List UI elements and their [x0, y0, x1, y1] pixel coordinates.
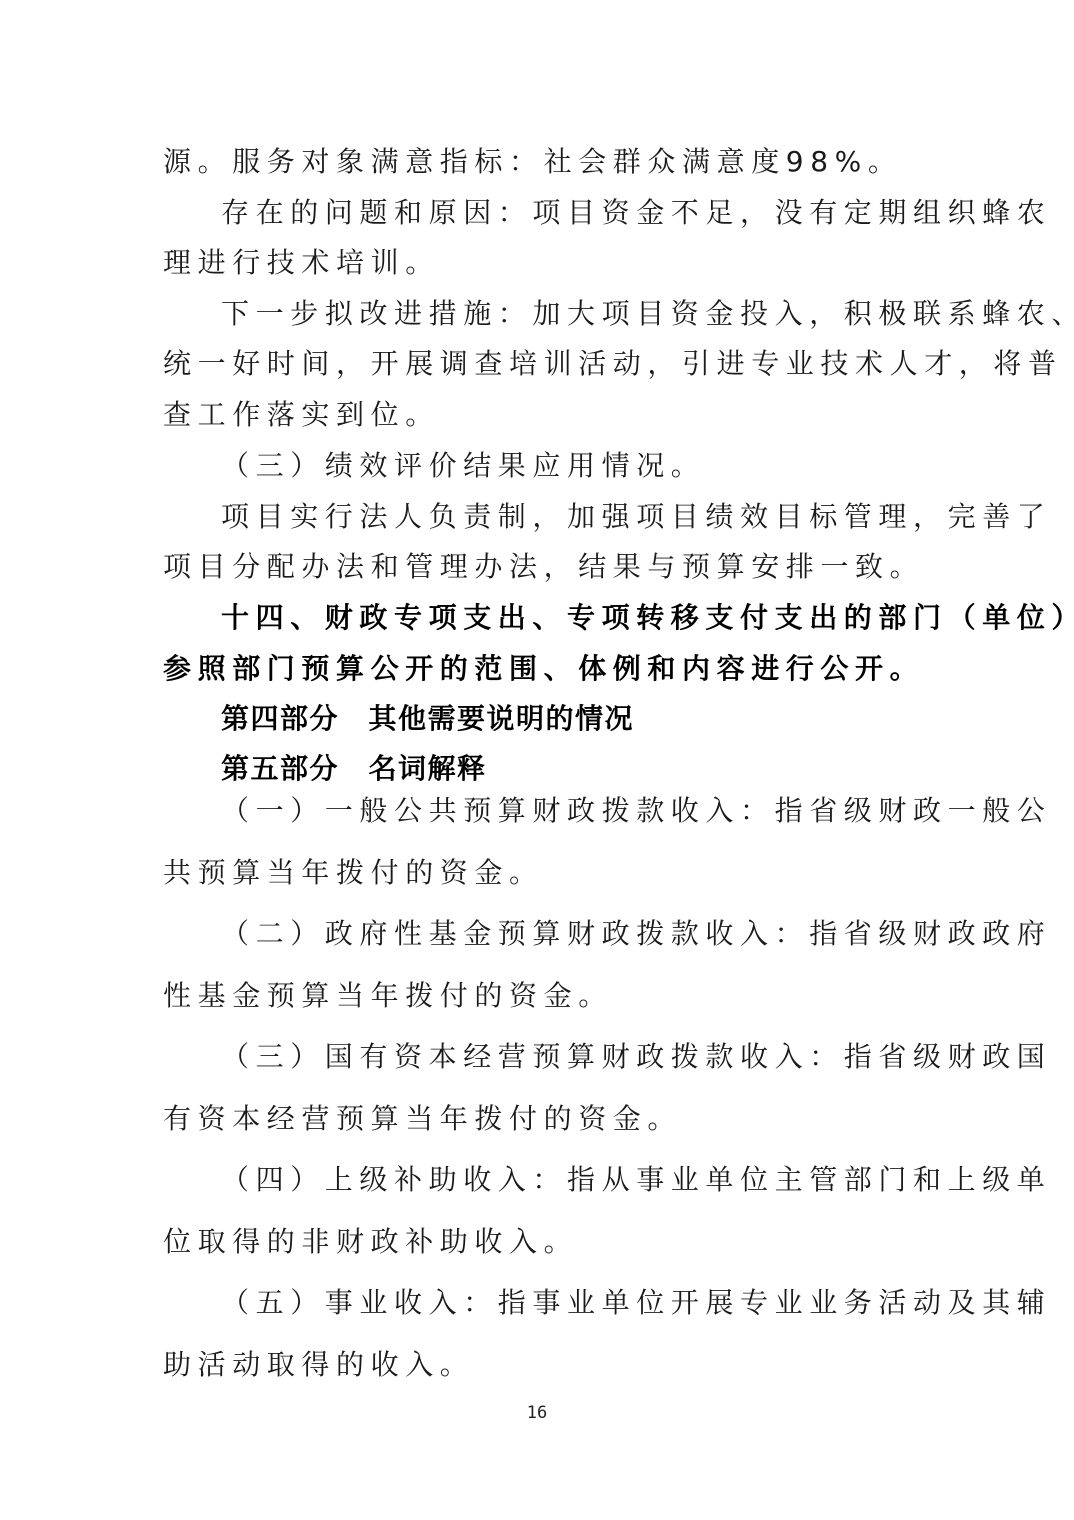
- section-heading-fourteen: 十四、财政专项支出、专项转移支付支出的部门（单位）: [221, 598, 981, 638]
- paragraph-line-improvement-measures-cont: 统一好时间，开展调查培训活动，引进专业技术人才，将普: [163, 344, 923, 384]
- paragraph-line-problems-causes: 存在的问题和原因：项目资金不足，没有定期组织蜂农: [221, 193, 981, 233]
- definition-general-budget-cont: 共预算当年拨付的资金。: [163, 853, 923, 893]
- paragraph-line-improvement-measures-end: 查工作落实到位。: [163, 395, 923, 435]
- part-five-heading: 第五部分 名词解释: [221, 749, 981, 789]
- section-heading-fourteen-cont: 参照部门预算公开的范围、体例和内容进行公开。: [163, 649, 923, 689]
- paragraph-line-satisfaction-indicator: 源。服务对象满意指标：社会群众满意度98%。: [163, 142, 923, 182]
- definition-business-income-cont: 助活动取得的收入。: [163, 1345, 923, 1385]
- paragraph-line-legal-responsibility-cont: 项目分配办法和管理办法，结果与预算安排一致。: [163, 547, 923, 587]
- part-four-heading: 第四部分 其他需要说明的情况: [221, 699, 981, 739]
- definition-government-fund-cont: 性基金预算当年拨付的资金。: [163, 976, 923, 1016]
- page-number: 16: [0, 1403, 1074, 1423]
- paragraph-line-legal-responsibility: 项目实行法人负责制，加强项目绩效目标管理，完善了: [221, 497, 981, 537]
- definition-government-fund: （二）政府性基金预算财政拨款收入：指省级财政政府: [221, 914, 981, 954]
- subheading-evaluation-results: （三）绩效评价结果应用情况。: [221, 446, 981, 486]
- definition-general-budget: （一）一般公共预算财政拨款收入：指省级财政一般公: [221, 791, 981, 831]
- document-page: 源。服务对象满意指标：社会群众满意度98%。 存在的问题和原因：项目资金不足，没…: [0, 0, 1074, 1520]
- definition-state-capital: （三）国有资本经营预算财政拨款收入：指省级财政国: [221, 1037, 981, 1077]
- definition-business-income: （五）事业收入：指事业单位开展专业业务活动及其辅: [221, 1283, 981, 1323]
- definition-superior-subsidy: （四）上级补助收入：指从事业单位主管部门和上级单: [221, 1160, 981, 1200]
- definition-superior-subsidy-cont: 位取得的非财政补助收入。: [163, 1222, 923, 1262]
- paragraph-line-problems-causes-cont: 理进行技术培训。: [163, 243, 923, 283]
- definition-state-capital-cont: 有资本经营预算当年拨付的资金。: [163, 1099, 923, 1139]
- paragraph-line-improvement-measures: 下一步拟改进措施：加大项目资金投入，积极联系蜂农、: [221, 294, 981, 334]
